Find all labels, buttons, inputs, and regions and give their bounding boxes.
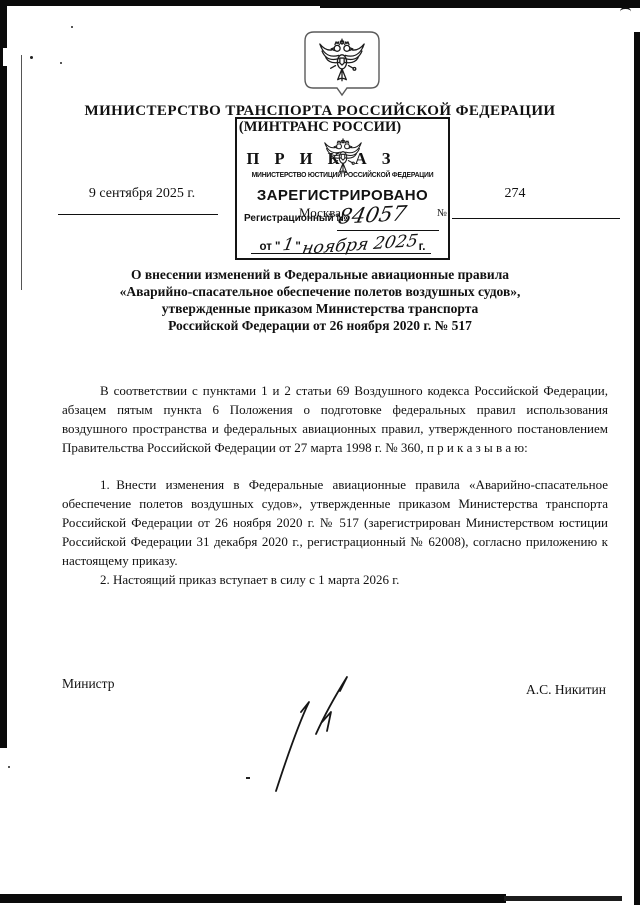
stamp-reg-label: Регистрационный № <box>244 213 348 224</box>
stamp-date-month-handwritten: ноября 2025 <box>300 231 419 259</box>
stamp-agency: МИНИСТЕРСТВО ЮСТИЦИИ РОССИЙСКОЙ ФЕДЕРАЦИ… <box>240 172 445 179</box>
paragraph-item-1: 1. Внести изменения в Федеральные авиаци… <box>62 475 608 570</box>
scan-speck <box>60 62 62 64</box>
subject-line: О внесении изменений в Федеральные авиац… <box>0 266 640 283</box>
stamp-status: ЗАРЕГИСТРИРОВАНО <box>237 187 448 204</box>
paragraph-item-2: 2. Настоящий приказ вступает в силу с 1 … <box>62 570 608 589</box>
stamp-eagle-icon <box>315 137 371 177</box>
signer-name: А.С. Никитин <box>0 682 606 698</box>
stamp-date-prefix: от " <box>259 241 280 253</box>
subject-line: утвержденные приказом Министерства транс… <box>0 300 640 317</box>
scan-mark-top-right <box>620 7 631 16</box>
stamp-reg-number-handwritten: 84057 <box>336 201 408 228</box>
page-border-line <box>21 55 22 290</box>
scan-edge-bottom-taper <box>504 896 622 901</box>
registration-stamp: МИНИСТЕРСТВО ЮСТИЦИИ РОССИЙСКОЙ ФЕДЕРАЦИ… <box>235 117 450 260</box>
stamp-date-row: от " 1 " ноября 2025 г. <box>237 235 448 255</box>
stamp-reg-underline <box>337 230 439 231</box>
scan-speck <box>8 766 10 768</box>
stamp-date-suffix: г. <box>419 241 426 253</box>
scan-speck <box>30 56 33 59</box>
subject-line: «Аварийно-спасательное обеспечение полет… <box>0 283 640 300</box>
document-number: 274 <box>470 186 560 202</box>
subject-block: О внесении изменений в Федеральные авиац… <box>0 266 640 334</box>
subject-line: Российской Федерации от 26 ноября 2020 г… <box>0 317 640 334</box>
paragraph-preamble: В соответствии с пунктами 1 и 2 статьи 6… <box>62 381 608 457</box>
scan-speck <box>71 26 73 28</box>
stamp-date-underline <box>251 253 431 254</box>
scan-edge-left-gap <box>3 48 7 66</box>
document-date: 9 сентября 2025 г. <box>62 186 222 202</box>
scan-edge-top-taper <box>320 5 640 8</box>
stamp-date-quote: " <box>295 241 300 253</box>
scanned-order-document: МИНИСТЕРСТВО ТРАНСПОРТА РОССИЙСКОЙ ФЕДЕР… <box>0 0 640 905</box>
coat-of-arms-icon <box>304 31 380 99</box>
scan-edge-bottom <box>0 894 506 903</box>
scan-speck <box>246 777 250 779</box>
body-text: В соответствии с пунктами 1 и 2 статьи 6… <box>62 381 608 589</box>
